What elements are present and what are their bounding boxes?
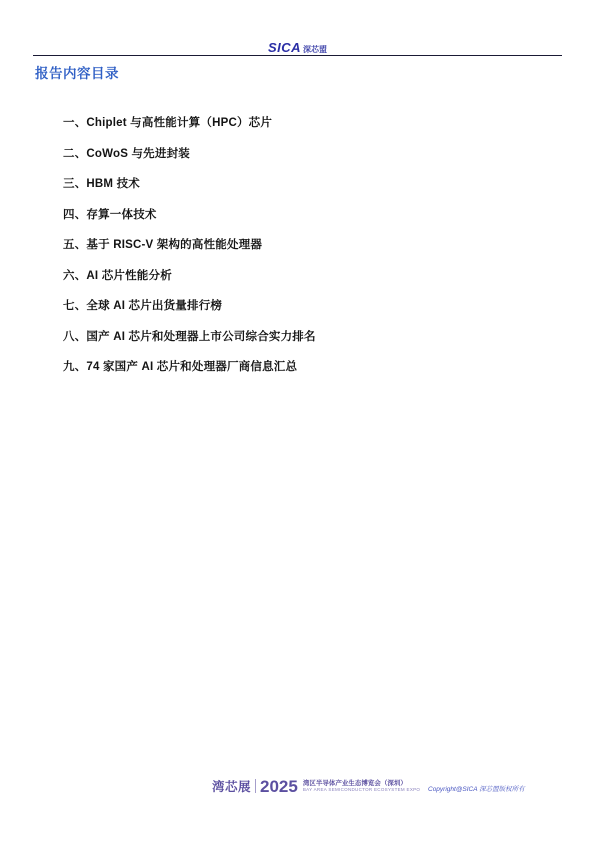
toc-item-7: 七、全球 AI 芯片出货量排行榜 <box>63 300 316 312</box>
sica-logo-wordmark: SICA <box>268 40 301 55</box>
expo-subtitle-english: BAY AREA SEMICONDUCTOR ECOSYSTEM EXPO <box>303 787 420 793</box>
copyright-text: Copyright@SICA 深芯盟版权所有 <box>428 784 525 793</box>
toc-item-6: 六、AI 芯片性能分析 <box>63 270 316 282</box>
header-divider <box>33 55 562 56</box>
sica-logo: SICA 深芯盟 <box>0 40 595 55</box>
expo-subtitle-chinese: 湾区半导体产业生态博览会（深圳） <box>303 780 420 787</box>
toc-item-3: 三、HBM 技术 <box>63 178 316 190</box>
toc-item-9: 九、74 家国产 AI 芯片和处理器厂商信息汇总 <box>63 361 316 373</box>
expo-name-text: 湾芯展 <box>212 777 251 795</box>
expo-year-text: 2025 <box>260 778 298 795</box>
toc-item-4: 四、存算一体技术 <box>63 209 316 221</box>
expo-logo-divider <box>255 779 256 793</box>
toc-item-8: 八、国产 AI 芯片和处理器上市公司综合实力排名 <box>63 331 316 343</box>
page-title: 报告内容目录 <box>35 62 119 82</box>
document-page: SICA 深芯盟 报告内容目录 一、Chiplet 与高性能计算（HPC）芯片 … <box>0 0 595 842</box>
toc-item-1: 一、Chiplet 与高性能计算（HPC）芯片 <box>63 117 316 129</box>
toc-list: 一、Chiplet 与高性能计算（HPC）芯片 二、CoWoS 与先进封装 三、… <box>63 117 316 392</box>
toc-item-2: 二、CoWoS 与先进封装 <box>63 148 316 160</box>
toc-item-5: 五、基于 RISC-V 架构的高性能处理器 <box>63 239 316 251</box>
expo-logo: 湾芯展 2025 湾区半导体产业生态博览会（深圳） BAY AREA SEMIC… <box>212 777 420 795</box>
sica-logo-chinese: 深芯盟 <box>303 44 327 55</box>
expo-subtitle: 湾区半导体产业生态博览会（深圳） BAY AREA SEMICONDUCTOR … <box>303 780 420 793</box>
